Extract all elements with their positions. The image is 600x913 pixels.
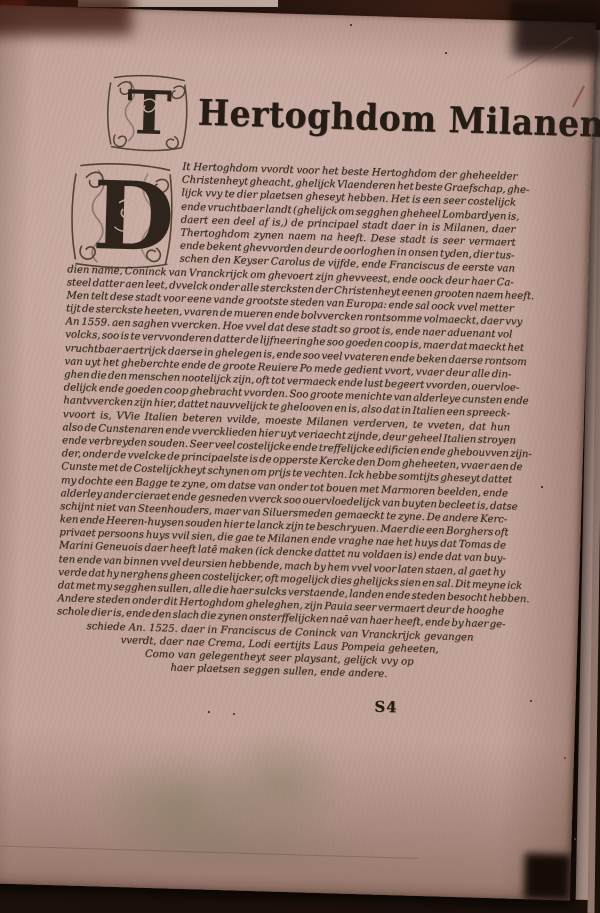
ink-speck xyxy=(69,607,71,609)
red-speck xyxy=(564,757,566,759)
chapter-heading: T Hertoghdom Milanen. xyxy=(104,72,520,164)
ink-speck xyxy=(233,713,235,715)
signature-mark: S4 xyxy=(374,698,501,720)
printed-text-block: T Hertoghdom Milanen. xyxy=(54,71,520,719)
corner-shadow xyxy=(524,853,571,900)
book-page: T Hertoghdom Milanen. xyxy=(0,5,596,900)
ink-speck xyxy=(541,486,543,488)
woodcut-initial-T: T xyxy=(104,72,190,156)
woodcut-initial-D: D xyxy=(67,159,176,274)
body-paragraph: D It Hertoghdom vvordt voor het beste He… xyxy=(55,157,517,684)
photo-background: T Hertoghdom Milanen. xyxy=(0,0,600,913)
initial-letter-T: T xyxy=(126,78,173,149)
corner-shadow xyxy=(0,0,132,35)
corner-shadow xyxy=(513,4,600,59)
ink-speck xyxy=(208,711,210,713)
ink-speck xyxy=(110,360,112,362)
ink-speck xyxy=(350,24,352,26)
red-speck xyxy=(574,838,576,840)
ink-speck xyxy=(530,700,532,702)
chapter-title: Hertoghdom Milanen. xyxy=(197,91,600,146)
ink-speck xyxy=(445,52,447,54)
show-through-stain xyxy=(64,720,408,870)
